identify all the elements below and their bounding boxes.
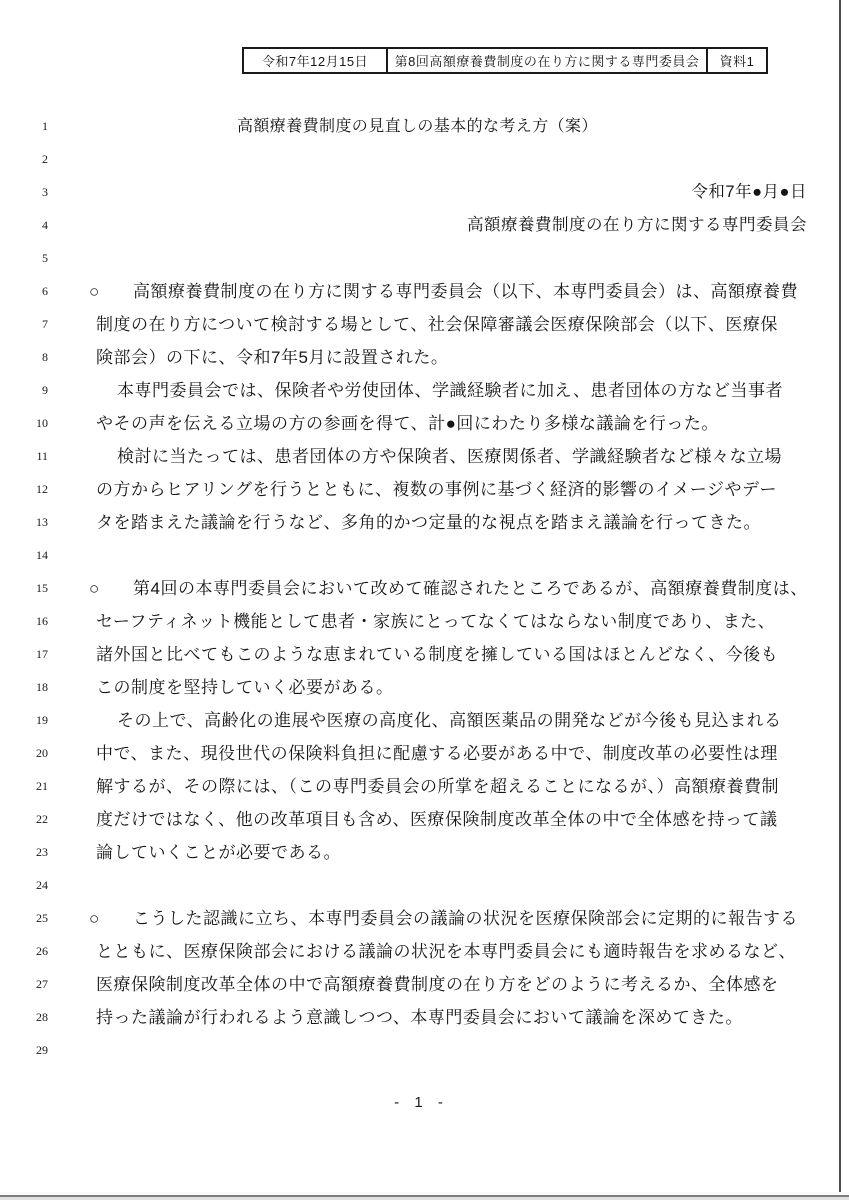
document-line: 1高額療養費制度の見直しの基本的な考え方（案） bbox=[0, 110, 849, 143]
line-text: 高額療養費制度の在り方に関する専門委員会 bbox=[0, 209, 849, 242]
line-text: 制度の在り方について検討する場として、社会保障審議会医療保険部会（以下、医療保 bbox=[0, 308, 849, 341]
line-text: 令和7年●月●日 bbox=[0, 176, 849, 209]
line-text: 本専門委員会では、保険者や労使団体、学識経験者に加え、患者団体の方など当事者 bbox=[0, 374, 849, 407]
page-number: - 1 - bbox=[0, 1094, 840, 1111]
document-line: 7制度の在り方について検討する場として、社会保障審議会医療保険部会（以下、医療保 bbox=[0, 308, 849, 341]
line-text: 解するが、その際には、（この専門委員会の所掌を超えることになるが、）高額療養費制 bbox=[0, 770, 849, 803]
document-line: 21解するが、その際には、（この専門委員会の所掌を超えることになるが、）高額療養… bbox=[0, 770, 849, 803]
document-line: 8険部会）の下に、令和7年5月に設置された。 bbox=[0, 341, 849, 374]
line-text: 高額療養費制度の見直しの基本的な考え方（案） bbox=[0, 110, 849, 143]
line-text: とともに、医療保険部会における議論の状況を本専門委員会にも適時報告を求めるなど、 bbox=[0, 935, 849, 968]
line-text: タを踏まえた議論を行うなど、多角的かつ定量的な視点を踏まえ議論を行ってきた。 bbox=[0, 506, 849, 539]
window-right-edge bbox=[839, 0, 841, 1196]
line-text: 論していくことが必要である。 bbox=[0, 836, 849, 869]
line-number: 29 bbox=[22, 1034, 48, 1067]
line-text: 高額療養費制度の在り方に関する専門委員会（以下、本専門委員会）は、高額療養費 bbox=[0, 275, 849, 308]
header-committee-title: 第8回高額療養費制度の在り方に関する専門委員会 bbox=[386, 49, 706, 72]
line-text: この制度を堅持していく必要がある。 bbox=[0, 671, 849, 704]
document-line: 2 bbox=[0, 143, 849, 176]
document-line: 15○第4回の本専門委員会において改めて確認されたところであるが、高額療養費制度… bbox=[0, 572, 849, 605]
document-line: 5 bbox=[0, 242, 849, 275]
line-text: 持った議論が行われるよう意識しつつ、本専門委員会において議論を深めてきた。 bbox=[0, 1001, 849, 1034]
document-line: 28持った議論が行われるよう意識しつつ、本専門委員会において議論を深めてきた。 bbox=[0, 1001, 849, 1034]
document-line: 24 bbox=[0, 869, 849, 902]
document-line: 22度だけではなく、他の改革項目も含め、医療保険制度改革全体の中で全体感を持って… bbox=[0, 803, 849, 836]
document-line: 10やその声を伝える立場の方の参画を得て、計●回にわたり多様な議論を行った。 bbox=[0, 407, 849, 440]
line-text: 検討に当たっては、患者団体の方や保険者、医療関係者、学識経験者など様々な立場 bbox=[0, 440, 849, 473]
document-line: 3令和7年●月●日 bbox=[0, 176, 849, 209]
document-line: 12の方からヒアリングを行うとともに、複数の事例に基づく経済的影響のイメージやデ… bbox=[0, 473, 849, 506]
document-line: 13タを踏まえた議論を行うなど、多角的かつ定量的な視点を踏まえ議論を行ってきた。 bbox=[0, 506, 849, 539]
document-line: 16セーフティネット機能として患者・家族にとってなくてはならない制度であり、また… bbox=[0, 605, 849, 638]
document-line: 18この制度を堅持していく必要がある。 bbox=[0, 671, 849, 704]
line-text: 医療保険制度改革全体の中で高額療養費制度の在り方をどのように考えるか、全体感を bbox=[0, 968, 849, 1001]
document-line: 23論していくことが必要である。 bbox=[0, 836, 849, 869]
line-text: 度だけではなく、他の改革項目も含め、医療保険制度改革全体の中で全体感を持って議 bbox=[0, 803, 849, 836]
line-text: 険部会）の下に、令和7年5月に設置された。 bbox=[0, 341, 849, 374]
line-number: 14 bbox=[22, 539, 48, 572]
line-text: 第4回の本専門委員会において改めて確認されたところであるが、高額療養費制度は、 bbox=[0, 572, 849, 605]
document-line: 11検討に当たっては、患者団体の方や保険者、医療関係者、学識経験者など様々な立場 bbox=[0, 440, 849, 473]
line-number: 24 bbox=[22, 869, 48, 902]
document-line: 29 bbox=[0, 1034, 849, 1067]
line-number: 5 bbox=[22, 242, 48, 275]
document-line: 19その上で、高齢化の進展や医療の高度化、高額医薬品の開発などが今後も見込まれる bbox=[0, 704, 849, 737]
line-text: その上で、高齢化の進展や医療の高度化、高額医薬品の開発などが今後も見込まれる bbox=[0, 704, 849, 737]
document-line: 6○高額療養費制度の在り方に関する専門委員会（以下、本専門委員会）は、高額療養費 bbox=[0, 275, 849, 308]
document-line: 17諸外国と比べてもこのような恵まれている制度を擁している国はほとんどなく、今後… bbox=[0, 638, 849, 671]
line-text: やその声を伝える立場の方の参画を得て、計●回にわたり多様な議論を行った。 bbox=[0, 407, 849, 440]
header-reference-box: 令和7年12月15日 第8回高額療養費制度の在り方に関する専門委員会 資料1 bbox=[242, 47, 768, 74]
header-document-label: 資料1 bbox=[706, 49, 766, 72]
document-line: 25○こうした認識に立ち、本専門委員会の議論の状況を医療保険部会に定期的に報告す… bbox=[0, 902, 849, 935]
line-text: 諸外国と比べてもこのような恵まれている制度を擁している国はほとんどなく、今後も bbox=[0, 638, 849, 671]
line-number: 2 bbox=[22, 143, 48, 176]
document-page: 令和7年12月15日 第8回高額療養費制度の在り方に関する専門委員会 資料1 1… bbox=[0, 0, 849, 1200]
line-text: の方からヒアリングを行うとともに、複数の事例に基づく経済的影響のイメージやデー bbox=[0, 473, 849, 506]
line-text: セーフティネット機能として患者・家族にとってなくてはならない制度であり、また、 bbox=[0, 605, 849, 638]
line-text: こうした認識に立ち、本専門委員会の議論の状況を医療保険部会に定期的に報告する bbox=[0, 902, 849, 935]
document-line: 26とともに、医療保険部会における議論の状況を本専門委員会にも適時報告を求めるな… bbox=[0, 935, 849, 968]
document-line: 4高額療養費制度の在り方に関する専門委員会 bbox=[0, 209, 849, 242]
document-line: 20中で、また、現役世代の保険料負担に配慮する必要がある中で、制度改革の必要性は… bbox=[0, 737, 849, 770]
header-date: 令和7年12月15日 bbox=[244, 49, 386, 72]
document-line: 27医療保険制度改革全体の中で高額療養費制度の在り方をどのように考えるか、全体感… bbox=[0, 968, 849, 1001]
document-line: 9本専門委員会では、保険者や労使団体、学識経験者に加え、患者団体の方など当事者 bbox=[0, 374, 849, 407]
line-text: 中で、また、現役世代の保険料負担に配慮する必要がある中で、制度改革の必要性は理 bbox=[0, 737, 849, 770]
document-line: 14 bbox=[0, 539, 849, 572]
